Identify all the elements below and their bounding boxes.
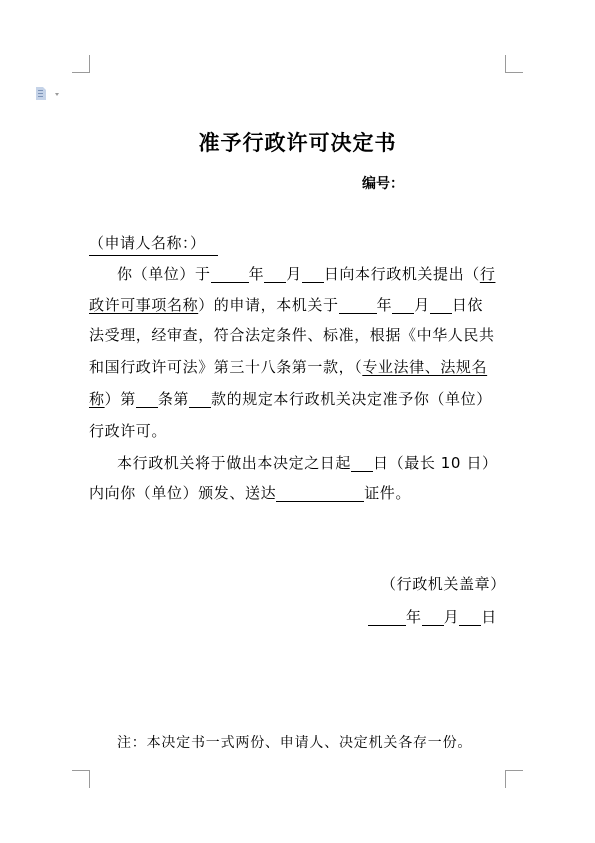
text: ）的申请，本机关于 [198,296,338,314]
blank-year [339,296,377,314]
text: 年 [249,265,265,283]
blank-clause [189,390,211,408]
document-icon[interactable] [36,87,46,100]
text: 你（单位）于 [117,265,211,283]
paragraph1-line5: 称）第条第款的规定本行政机关决定准予你（单位） [89,384,492,415]
paragraph1-line4: 和国行政许可法》第三十八条第一款，（专业法律、法规名 [89,352,487,383]
text: ）第 [105,390,136,408]
blank-month [422,608,444,626]
text: 月 [414,296,430,314]
text: 日依 [452,296,483,314]
applicant-name-field: （申请人名称：） [89,231,218,256]
law-name: 专业法律、法规名 [362,358,487,376]
permit-item-name: 政许可事项名称 [89,296,198,314]
day-label: 日 [481,608,497,626]
crop-mark-top-left [72,55,90,73]
document-title: 准予行政许可决定书 [0,127,595,157]
month-label: 月 [444,608,460,626]
permit-item-name: 行 [480,265,496,283]
paragraph2-line2: 内向你（单位）颁发、送达证件。 [89,478,411,509]
paragraph1-line2: 政许可事项名称）的申请，本机关于年月日依 [89,290,483,321]
paragraph1-line6: 行政许可。 [89,416,167,447]
signature-date: 年月日 [368,604,497,630]
year-label: 年 [406,608,422,626]
blank-days [351,454,373,472]
blank-day [302,265,324,283]
paragraph1-line3: 法受理，经审查，符合法定条件、标准，根据《中华人民共 [89,320,495,351]
blank-article [136,390,158,408]
footnote: 注：本决定书一式两份、申请人、决定机关各存一份。 [117,731,472,755]
text: 日（最长 10 日） [373,454,498,472]
blank-month [264,265,286,283]
text: 本行政机关将于做出本决定之日起 [117,454,351,472]
text: 和国行政许可法》第三十八条第一款，（ [89,358,362,376]
blank-year [368,608,406,626]
caret-down-icon[interactable] [55,93,59,96]
blank-day [430,296,452,314]
paragraph2-line1: 本行政机关将于做出本决定之日起日（最长 10 日） [117,448,498,479]
law-name: 称 [89,390,105,408]
paragraph1-line1: 你（单位）于年月日向本行政机关提出（行 [117,259,495,290]
blank-day [459,608,481,626]
blank-certificate [276,484,364,502]
blank-year [211,265,249,283]
text: 日向本行政机关提出（ [324,265,480,283]
agency-seal-label: （行政机关盖章） [381,572,506,596]
crop-mark-bottom-left [72,770,90,788]
text: 证件。 [364,484,411,502]
text: 年 [377,296,393,314]
text: 内向你（单位）颁发、送达 [89,484,276,502]
crop-mark-bottom-right [505,770,523,788]
text: 条第 [158,390,189,408]
blank-month [392,296,414,314]
crop-mark-top-right [505,55,523,73]
text: 月 [286,265,302,283]
serial-number-label: 编号： [362,173,404,193]
text: 款的规定本行政机关决定准予你（单位） [211,390,492,408]
